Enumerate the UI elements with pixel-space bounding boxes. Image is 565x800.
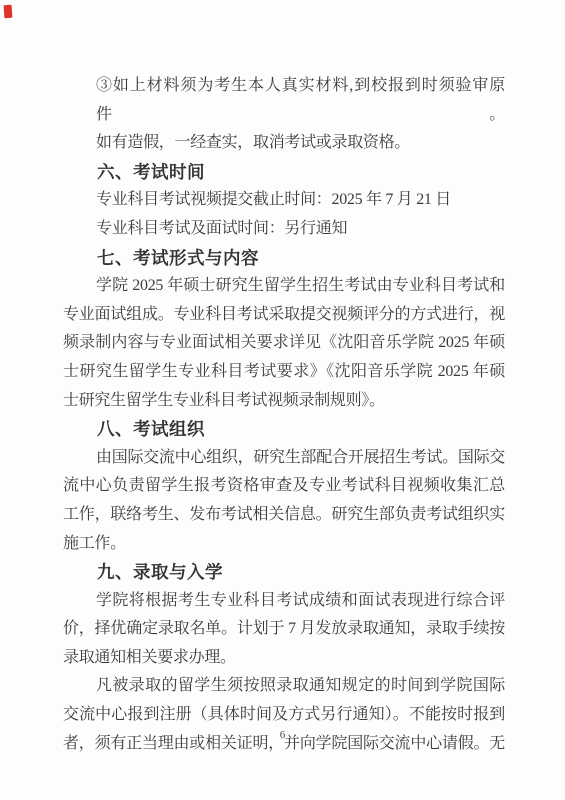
paragraph-line: 士研究生留学生专业科目考试要求》《沈阳音乐学院 2025 年硕 <box>63 358 505 387</box>
section-heading: 八、考试组织 <box>63 415 505 444</box>
list-item-line: ③如上材料须为考生本人真实材料,到校报到时须验审原件。 <box>63 72 505 129</box>
paragraph-line: 工作，联络考生、发布考试相关信息。研究生部负责考试组织实 <box>63 501 505 530</box>
list-item-line: 如有造假，一经查实，取消考试或录取资格。 <box>63 129 505 158</box>
paragraph-line: 价，择优确定录取名单。计划于 7 月发放录取通知，录取手续按 <box>63 615 505 644</box>
paragraph-line: 学院 2025 年硕士研究生留学生招生考试由专业科目考试和 <box>63 272 505 301</box>
paragraph-line: 施工作。 <box>63 530 505 559</box>
paragraph-line: 专业面试组成。专业科目考试采取提交视频评分的方式进行，视 <box>63 301 505 330</box>
document-body: ③如上材料须为考生本人真实材料,到校报到时须验审原件。 如有造假，一经查实，取消… <box>63 72 505 758</box>
paragraph-line: 学院将根据考生专业科目考试成绩和面试表现进行综合评 <box>63 587 505 616</box>
document-page: ③如上材料须为考生本人真实材料,到校报到时须验审原件。 如有造假，一经查实，取消… <box>0 0 565 800</box>
section-heading: 七、考试形式与内容 <box>63 244 505 273</box>
paragraph-line: 专业科目考试及面试时间：另行通知 <box>63 215 505 244</box>
page-number: 6 <box>0 729 565 741</box>
section-heading: 九、录取与入学 <box>63 558 505 587</box>
paragraph-line: 由国际交流中心组织，研究生部配合开展招生考试。国际交 <box>63 444 505 473</box>
section-heading: 六、考试时间 <box>63 158 505 187</box>
paragraph-line: 交流中心报到注册（具体时间及方式另行通知）。不能按时报到 <box>63 701 505 730</box>
red-corner-mark <box>4 5 13 19</box>
paragraph-line: 专业科目考试视频提交截止时间：2025 年 7 月 21 日 <box>63 186 505 215</box>
paragraph-line: 频录制内容与专业面试相关要求详见《沈阳音乐学院 2025 年硕 <box>63 329 505 358</box>
paragraph-line: 录取通知相关要求办理。 <box>63 644 505 673</box>
paragraph-line: 凡被录取的留学生须按照录取通知规定的时间到学院国际 <box>63 672 505 701</box>
paragraph-line: 流中心负责留学生报考资格审查及专业考试科目视频收集汇总 <box>63 472 505 501</box>
paragraph-line: 士研究生留学生专业科目考试视频录制规则》。 <box>63 387 505 416</box>
